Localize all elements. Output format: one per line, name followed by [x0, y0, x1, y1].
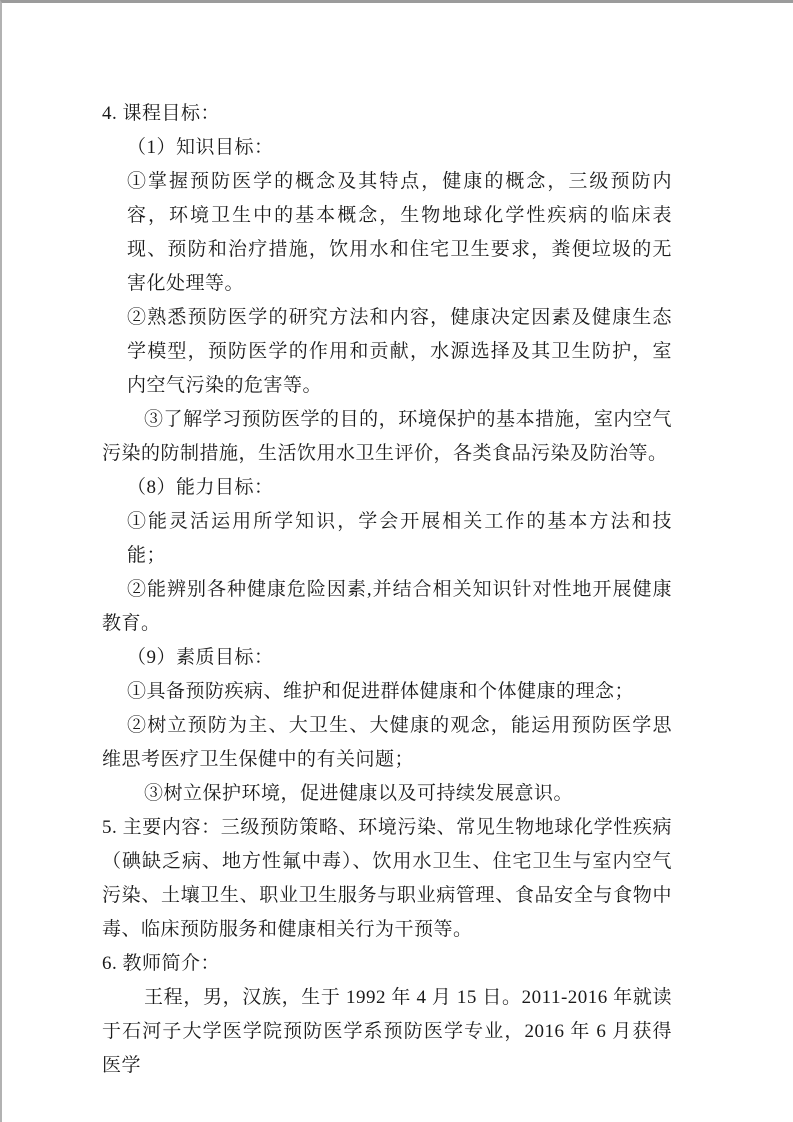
- knowledge-objective-2: ②熟悉预防医学的研究方法和内容，健康决定因素及健康生态学模型，预防医学的作用和贡…: [102, 301, 672, 403]
- document-page: 4. 课程目标： （1）知识目标： ①掌握预防医学的概念及其特点，健康的概念，三…: [0, 0, 793, 1122]
- teacher-profile-text: 王程，男，汉族，生于 1992 年 4 月 15 日。2011-2016 年就读…: [102, 981, 672, 1083]
- document-body: 4. 课程目标： （1）知识目标： ①掌握预防医学的概念及其特点，健康的概念，三…: [102, 97, 672, 1083]
- subheading-knowledge-objectives: （1）知识目标：: [102, 131, 672, 165]
- quality-objective-2: ②树立预防为主、大卫生、大健康的观念，能运用预防医学思维思考医疗卫生保健中的有关…: [102, 709, 672, 777]
- subheading-ability-objectives: （8）能力目标：: [102, 471, 672, 505]
- quality-objective-3: ③树立保护环境，促进健康以及可持续发展意识。: [102, 777, 672, 811]
- ability-objective-1: ①能灵活运用所学知识，学会开展相关工作的基本方法和技能；: [102, 505, 672, 573]
- quality-objective-1: ①具备预防疾病、维护和促进群体健康和个体健康的理念；: [102, 675, 672, 709]
- heading-course-objectives: 4. 课程目标：: [102, 97, 672, 131]
- heading-main-content: 5. 主要内容：三级预防策略、环境污染、常见生物地球化学性疾病（碘缺乏病、地方性…: [102, 811, 672, 947]
- heading-teacher-profile: 6. 教师简介：: [102, 947, 672, 981]
- ability-objective-2: ②能辨别各种健康危险因素,并结合相关知识针对性地开展健康教育。: [102, 573, 672, 641]
- knowledge-objective-1: ①掌握预防医学的概念及其特点，健康的概念，三级预防内容，环境卫生中的基本概念，生…: [102, 165, 672, 301]
- subheading-quality-objectives: （9）素质目标：: [102, 641, 672, 675]
- knowledge-objective-3: ③了解学习预防医学的目的，环境保护的基本措施，室内空气污染的防制措施，生活饮用水…: [102, 403, 672, 471]
